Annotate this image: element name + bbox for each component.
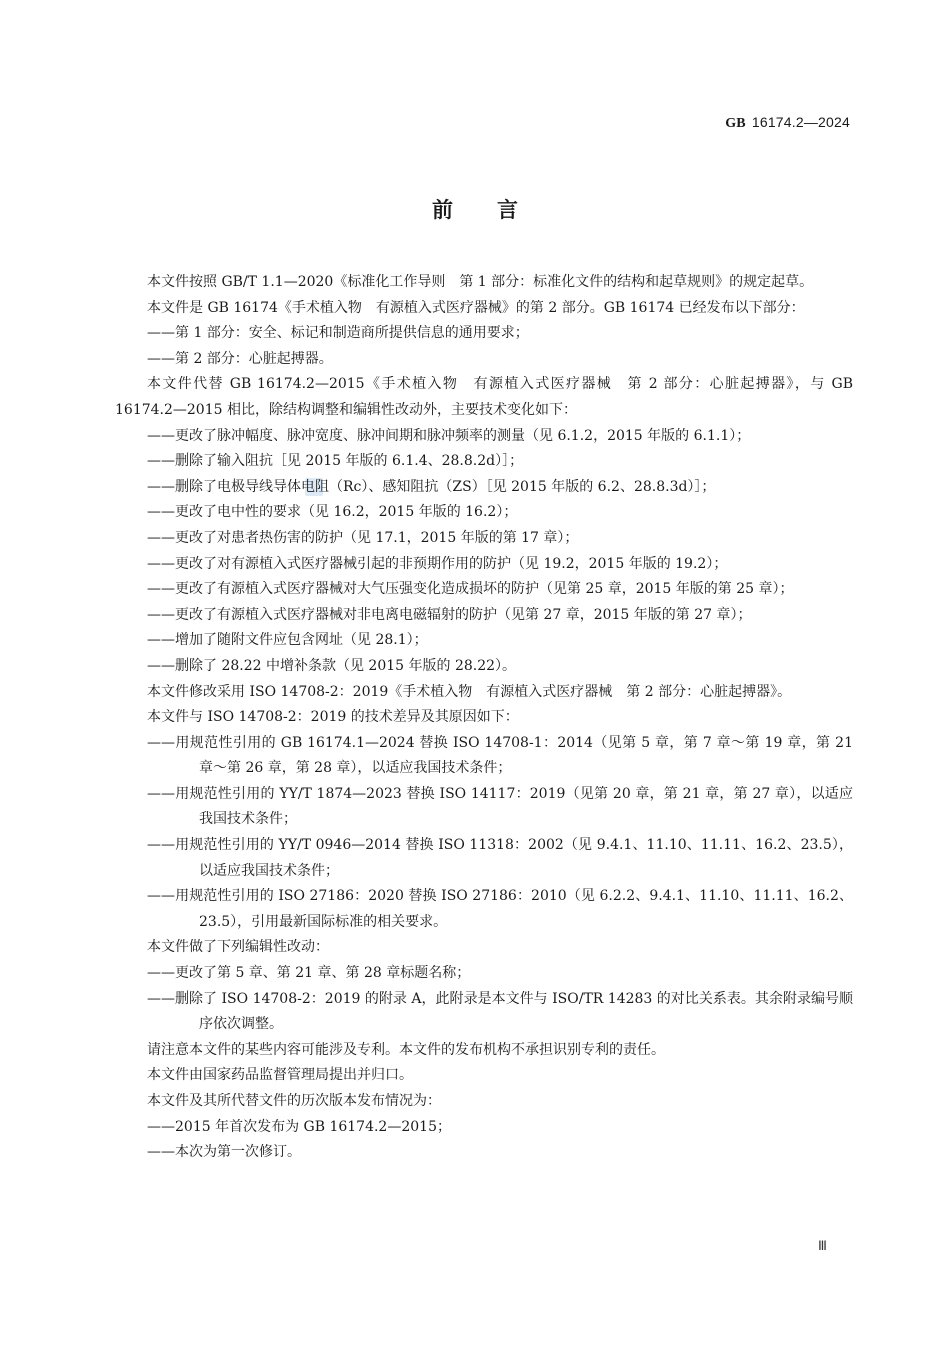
paragraph: 本文件是 GB 16174《手术植入物 有源植入式医疗器械》的第 2 部分。GB… xyxy=(115,296,853,322)
list-item: ——更改了对有源植入式医疗器械引起的非预期作用的防护（见 19.2，2015 年… xyxy=(147,552,853,578)
standard-number-header: GB16174.2—2024 xyxy=(725,114,850,132)
list-item: ——更改了电中性的要求（见 16.2，2015 年版的 16.2）； xyxy=(147,500,853,526)
paragraph: 本文件与 ISO 14708-2：2019 的技术差异及其原因如下： xyxy=(115,705,853,731)
list-item: ——删除了输入阻抗［见 2015 年版的 6.1.4、28.8.2d）］； xyxy=(147,449,853,475)
paragraph: 本文件按照 GB/T 1.1—2020《标准化工作导则 第 1 部分：标准化文件… xyxy=(115,270,853,296)
list-item: ——删除了 28.22 中增补条款（见 2015 年版的 28.22）。 xyxy=(147,654,853,680)
foreword-body: 本文件按照 GB/T 1.1—2020《标准化工作导则 第 1 部分：标准化文件… xyxy=(115,270,853,1166)
page-title: 前言 xyxy=(0,194,950,224)
standard-number: 16174.2—2024 xyxy=(752,114,850,130)
paragraph: 本文件代替 GB 16174.2—2015《手术植入物 有源植入式医疗器械 第 … xyxy=(115,372,853,423)
list-item: ——用规范性引用的 YY/T 0946—2014 替换 ISO 11318：20… xyxy=(147,833,853,884)
list-item: ——更改了有源植入式医疗器械对非电离电磁辐射的防护（见第 27 章，2015 年… xyxy=(147,603,853,629)
list-item: ——本次为第一次修订。 xyxy=(147,1140,853,1166)
list-item: ——删除了 ISO 14708-2：2019 的附录 A，此附录是本文件与 IS… xyxy=(147,987,853,1038)
list-item: ——更改了对患者热伤害的防护（见 17.1，2015 年版的第 17 章）； xyxy=(147,526,853,552)
paragraph: 本文件及其所代替文件的历次版本发布情况为： xyxy=(115,1089,853,1115)
list-item: ——第 2 部分：心脏起搏器。 xyxy=(147,347,853,373)
list-item: ——增加了随附文件应包含网址（见 28.1）； xyxy=(147,628,853,654)
paragraph: 本文件由国家药品监督管理局提出并归口。 xyxy=(115,1063,853,1089)
paragraph: 本文件修改采用 ISO 14708-2：2019《手术植入物 有源植入式医疗器械… xyxy=(115,680,853,706)
list-item: ——第 1 部分：安全、标记和制造商所提供信息的通用要求； xyxy=(147,321,853,347)
list-item: ——用规范性引用的 ISO 27186：2020 替换 ISO 27186：20… xyxy=(147,884,853,935)
paragraph: 本文件做了下列编辑性改动： xyxy=(115,935,853,961)
standard-prefix: GB xyxy=(725,116,746,131)
list-item: ——2015 年首次发布为 GB 16174.2—2015； xyxy=(147,1115,853,1141)
list-item: ——用规范性引用的 YY/T 1874—2023 替换 ISO 14117：20… xyxy=(147,782,853,833)
list-item: ——删除了电极导线导体电阻（Rc）、感知阻抗（ZS）［见 2015 年版的 6.… xyxy=(147,475,853,501)
list-item: ——用规范性引用的 GB 16174.1—2024 替换 ISO 14708-1… xyxy=(147,731,853,782)
list-item: ——更改了第 5 章、第 21 章、第 28 章标题名称； xyxy=(147,961,853,987)
list-item: ——更改了有源植入式医疗器械对大气压强变化造成损坏的防护（见第 25 章，201… xyxy=(147,577,853,603)
page-number: Ⅲ xyxy=(818,1238,827,1254)
list-item: ——更改了脉冲幅度、脉冲宽度、脉冲间期和脉冲频率的测量（见 6.1.2，2015… xyxy=(147,424,853,450)
paragraph: 请注意本文件的某些内容可能涉及专利。本文件的发布机构不承担识别专利的责任。 xyxy=(115,1038,853,1064)
